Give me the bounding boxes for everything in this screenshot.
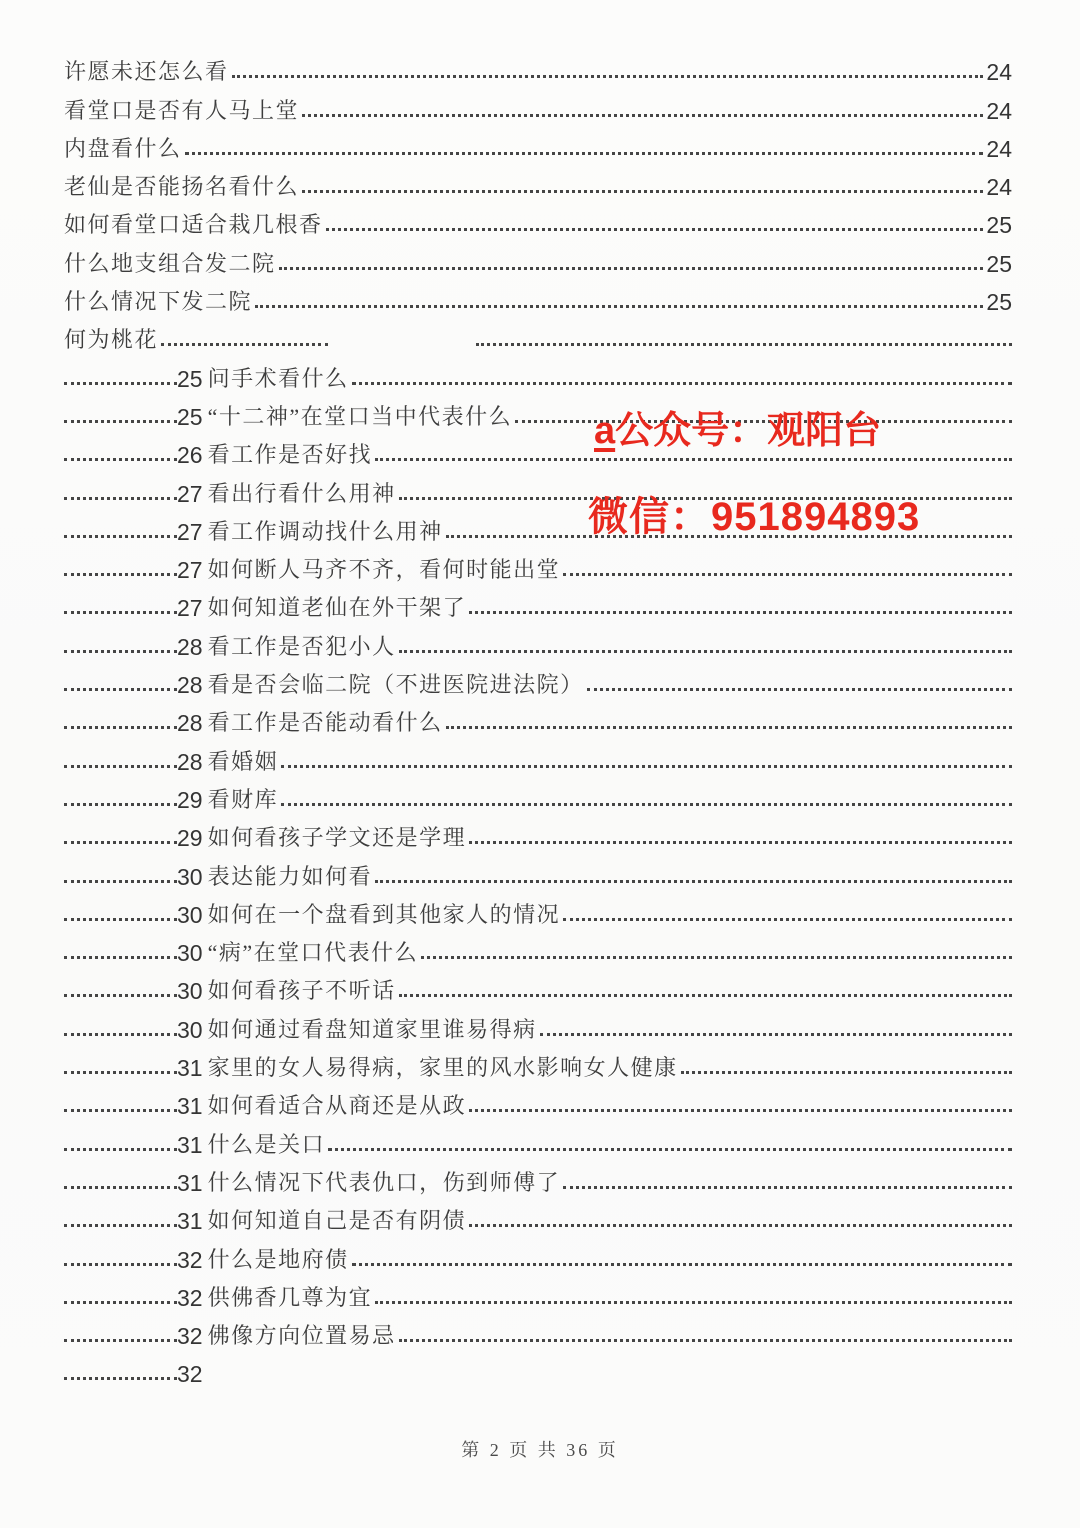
leader-dots	[352, 1263, 1012, 1266]
toc-row: 31家里的女人易得病，家里的风水影响女人健康	[64, 1046, 1012, 1084]
toc-entry-title: 看工作是否犯小人	[208, 631, 396, 663]
leader-dots	[161, 343, 328, 346]
toc-page-number: 25	[986, 249, 1012, 280]
leader-dots	[375, 880, 1012, 883]
toc-page-number: 32	[177, 1283, 203, 1314]
toc-row: 30如何看孩子不听话	[64, 969, 1012, 1007]
toc-entry-title: 佛像方向位置易忌	[208, 1320, 396, 1352]
toc-row: 31如何看适合从商还是从政	[64, 1084, 1012, 1122]
toc-row: 32佛像方向位置易忌	[64, 1314, 1012, 1352]
toc-page-number: 28	[177, 670, 203, 701]
leader-dots	[64, 1301, 177, 1304]
leader-dots	[64, 803, 177, 806]
toc-entry-title: 看工作是否能动看什么	[208, 707, 443, 739]
toc-page-number: 28	[177, 632, 203, 663]
leader-dots	[64, 841, 177, 844]
leader-dots	[399, 994, 1012, 997]
leader-dots	[64, 956, 177, 959]
leader-dots	[64, 1033, 177, 1036]
toc-entry-title: 问手术看什么	[208, 363, 349, 395]
toc-page-number: 31	[177, 1091, 203, 1122]
toc-page-number: 30	[177, 938, 203, 969]
leader-dots	[681, 1071, 1012, 1074]
toc-row: 32	[64, 1352, 1012, 1390]
toc-row: 29看财库	[64, 778, 1012, 816]
toc-entry-title: 什么地支组合发二院	[64, 248, 276, 280]
toc-entry-title: 如何断人马齐不齐，看何时能出堂	[208, 554, 561, 586]
leader-dots	[64, 535, 177, 538]
leader-dots	[64, 1186, 177, 1189]
toc-entry-title: 看堂口是否有人马上堂	[64, 95, 299, 127]
leader-dots	[328, 1148, 1012, 1151]
leader-dots	[281, 765, 1012, 768]
toc-page-number: 32	[177, 1321, 203, 1352]
leader-dots	[64, 726, 177, 729]
toc-page-number: 25	[986, 210, 1012, 241]
toc-entry-title: 供佛香几尊为宜	[208, 1282, 373, 1314]
toc-page-number: 25	[177, 402, 203, 433]
toc-row: 30“病”在堂口代表什么	[64, 931, 1012, 969]
toc-entry-title: 什么情况下代表仇口，伤到师傅了	[208, 1167, 561, 1199]
watermark-account-prefix: a	[594, 410, 615, 452]
toc-page-number: 27	[177, 555, 203, 586]
toc-row: 31什么是关口	[64, 1122, 1012, 1160]
toc-row: 老仙是否能扬名看什么24	[64, 165, 1012, 203]
toc-page-number: 32	[177, 1245, 203, 1276]
leader-dots	[64, 611, 177, 614]
leader-dots	[446, 726, 1012, 729]
toc-entry-title: 看出行看什么用神	[208, 478, 396, 510]
leader-dots	[64, 382, 177, 385]
leader-dots	[64, 880, 177, 883]
toc-page-number: 29	[177, 785, 203, 816]
toc-page-number: 24	[986, 57, 1012, 88]
leader-dots	[64, 458, 177, 461]
toc-entry-title: 如何通过看盘知道家里谁易得病	[208, 1014, 537, 1046]
leader-dots	[64, 1224, 177, 1227]
leader-dots	[232, 75, 984, 78]
toc-entry-title: 什么是关口	[208, 1129, 326, 1161]
toc-page-number: 31	[177, 1206, 203, 1237]
toc-page-number: 24	[986, 134, 1012, 165]
document-page: 许愿未还怎么看24看堂口是否有人马上堂24内盘看什么24老仙是否能扬名看什么24…	[0, 0, 1080, 1528]
toc-row: 27如何知道老仙在外干架了	[64, 586, 1012, 624]
toc-page-number: 25	[177, 364, 203, 395]
toc-page-number: 30	[177, 976, 203, 1007]
toc-entry-title: 什么是地府债	[208, 1244, 349, 1276]
leader-dots	[326, 228, 984, 231]
toc-entry-title: 家里的女人易得病，家里的风水影响女人健康	[208, 1052, 678, 1084]
leader-dots	[255, 305, 983, 308]
toc-entry-title: 看工作调动找什么用神	[208, 516, 443, 548]
toc-entry-title: 如何看孩子学文还是学理	[208, 822, 467, 854]
toc-row: 29如何看孩子学文还是学理	[64, 816, 1012, 854]
leader-dots	[64, 688, 177, 691]
toc-entry-title: “十二神”在堂口当中代表什么	[208, 401, 513, 433]
toc-entry-title: 许愿未还怎么看	[64, 56, 229, 88]
toc-page-number: 28	[177, 708, 203, 739]
toc-entry-title: 如何看孩子不听话	[208, 975, 396, 1007]
toc-entry-title: 如何看适合从商还是从政	[208, 1090, 467, 1122]
toc-row: 28看婚姻	[64, 739, 1012, 777]
leader-dots	[540, 1033, 1012, 1036]
toc-entry-title: 什么情况下发二院	[64, 286, 252, 318]
toc-page-number: 30	[177, 862, 203, 893]
leader-dots	[64, 1377, 177, 1380]
toc-page-number: 28	[177, 747, 203, 778]
leader-dots	[64, 918, 177, 921]
toc-page-number: 24	[986, 172, 1012, 203]
toc-page-number: 31	[177, 1130, 203, 1161]
toc-list: 许愿未还怎么看24看堂口是否有人马上堂24内盘看什么24老仙是否能扬名看什么24…	[64, 50, 1012, 1390]
toc-row: 30表达能力如何看	[64, 854, 1012, 892]
toc-page-number: 25	[986, 287, 1012, 318]
toc-row: 什么地支组合发二院25	[64, 241, 1012, 279]
toc-entry-title: 如何知道自己是否有阴债	[208, 1205, 467, 1237]
toc-page-number: 29	[177, 823, 203, 854]
toc-page-number: 27	[177, 479, 203, 510]
toc-entry-title: 看财库	[208, 784, 279, 816]
leader-dots	[563, 1186, 1012, 1189]
leader-dots	[64, 650, 177, 653]
leader-dots	[563, 573, 1012, 576]
toc-row: 31如何知道自己是否有阴债	[64, 1199, 1012, 1237]
leader-dots	[375, 1301, 1012, 1304]
leader-dots	[64, 1339, 177, 1342]
toc-entry-title: 看工作是否好找	[208, 439, 373, 471]
toc-page-number: 30	[177, 1015, 203, 1046]
toc-row: 25问手术看什么	[64, 356, 1012, 394]
leader-dots	[399, 1339, 1012, 1342]
page-footer: 第 2 页 共 36 页	[0, 1436, 1080, 1462]
leader-dots	[399, 650, 1012, 653]
toc-entry-title: 何为桃花	[64, 324, 158, 356]
toc-page-number: 31	[177, 1053, 203, 1084]
leader-dots	[352, 382, 1012, 385]
watermark-account: a公众号：观阳台	[594, 399, 881, 454]
leader-dots	[64, 1263, 177, 1266]
toc-row: 30如何通过看盘知道家里谁易得病	[64, 1007, 1012, 1045]
toc-row: 内盘看什么24	[64, 127, 1012, 165]
watermark-account-text: 公众号：观阳台	[615, 410, 881, 452]
toc-page-number: 31	[177, 1168, 203, 1199]
leader-dots	[64, 1071, 177, 1074]
leader-dots	[375, 458, 1012, 461]
leader-dots	[469, 1109, 1012, 1112]
toc-entry-title: 表达能力如何看	[208, 861, 373, 893]
leader-dots	[587, 688, 1012, 691]
leader-dots	[64, 497, 177, 500]
leader-dots	[64, 1148, 177, 1151]
toc-row: 28看工作是否犯小人	[64, 624, 1012, 662]
leader-dots	[421, 956, 1012, 959]
toc-entry-title: 老仙是否能扬名看什么	[64, 171, 299, 203]
leader-dots	[469, 611, 1012, 614]
leader-dots	[64, 765, 177, 768]
toc-row: 31什么情况下代表仇口，伤到师傅了	[64, 1161, 1012, 1199]
toc-entry-title: 如何看堂口适合栽几根香	[64, 209, 323, 241]
leader-dots	[64, 994, 177, 997]
leader-dots	[302, 114, 983, 117]
watermark-wechat: 微信：951894893	[588, 485, 920, 542]
toc-row: 27如何断人马齐不齐，看何时能出堂	[64, 548, 1012, 586]
toc-row: 许愿未还怎么看24	[64, 50, 1012, 88]
toc-page-number: 27	[177, 593, 203, 624]
leader-dots	[476, 343, 1012, 346]
toc-page-number: 30	[177, 900, 203, 931]
toc-entry-title: 如何知道老仙在外干架了	[208, 592, 467, 624]
toc-entry-title: 如何在一个盘看到其他家人的情况	[208, 899, 561, 931]
toc-row: 32什么是地府债	[64, 1237, 1012, 1275]
leader-dots	[185, 152, 984, 155]
toc-entry-title: 内盘看什么	[64, 133, 182, 165]
toc-row: 30如何在一个盘看到其他家人的情况	[64, 893, 1012, 931]
leader-dots	[302, 190, 983, 193]
toc-row: 何为桃花	[64, 318, 1012, 356]
toc-page-number: 27	[177, 517, 203, 548]
toc-page-number: 32	[177, 1359, 203, 1390]
toc-row: 28看是否会临二院（不进医院进法院）	[64, 663, 1012, 701]
leader-dots	[469, 1224, 1012, 1227]
toc-page-number: 24	[986, 96, 1012, 127]
toc-entry-title: 看婚姻	[208, 746, 279, 778]
leader-dots	[281, 803, 1012, 806]
toc-entry-title: 看是否会临二院（不进医院进法院）	[208, 669, 584, 701]
leader-dots	[563, 918, 1012, 921]
leader-dots	[64, 573, 177, 576]
toc-row: 如何看堂口适合栽几根香25	[64, 203, 1012, 241]
toc-row: 看堂口是否有人马上堂24	[64, 88, 1012, 126]
leader-dots	[64, 420, 177, 423]
leader-dots	[279, 267, 984, 270]
leader-dots	[469, 841, 1012, 844]
toc-entry-title: “病”在堂口代表什么	[208, 937, 419, 969]
toc-row: 32供佛香几尊为宜	[64, 1276, 1012, 1314]
toc-row: 28看工作是否能动看什么	[64, 701, 1012, 739]
toc-page-number: 26	[177, 440, 203, 471]
leader-dots	[64, 1109, 177, 1112]
toc-row: 什么情况下发二院25	[64, 280, 1012, 318]
